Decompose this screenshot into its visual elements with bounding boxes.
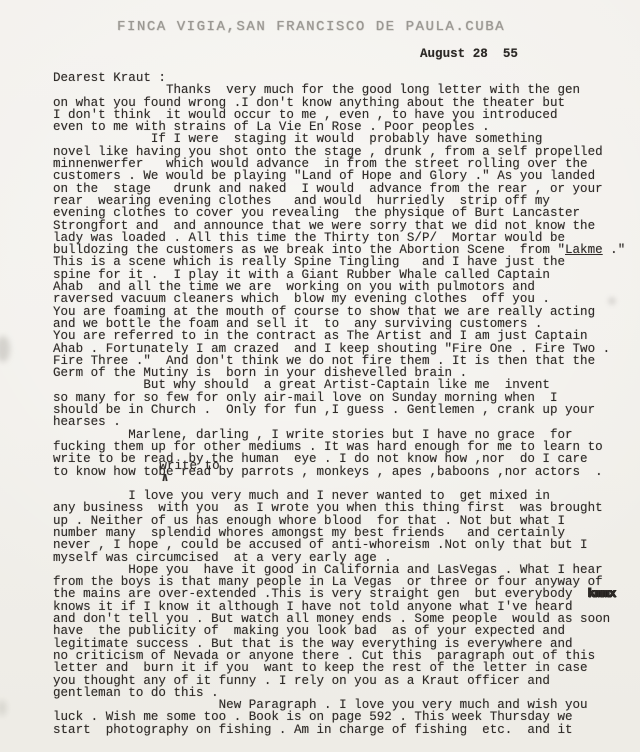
letter-line: luck . Wish me some too . Book is on pag… xyxy=(53,711,628,723)
text-segment: be read by parrots , monkeys , apes ,bab… xyxy=(158,465,602,479)
letter-line: evening clothes to cover you revealing t… xyxy=(53,207,628,219)
letter-line: Thanks very much for the good long lette… xyxy=(53,84,628,96)
text-segment: to know how to xyxy=(53,465,158,479)
letter-line: customers . We would be playing "Land of… xyxy=(53,170,628,182)
scan-smudge xyxy=(0,700,7,716)
scan-smudge xyxy=(0,336,10,362)
letter-line: raversed vacuum cleaners which blow my e… xyxy=(53,293,628,305)
struck-word: kmmx xyxy=(588,587,616,601)
letter-line: should be in Church . Only for fun ,I gu… xyxy=(53,404,628,416)
letter-line: to know how towrite to∧be read by parrot… xyxy=(53,466,628,478)
letter-line: hearses . xyxy=(53,416,628,428)
letter-line: But why should a great Artist-Captain li… xyxy=(53,379,628,391)
letter-line: the mains are over-extended .This is ver… xyxy=(53,588,628,600)
letter-line: This is a scene which is really Spine Ti… xyxy=(53,256,628,268)
letter-line: have the publicity of making you look ba… xyxy=(53,625,628,637)
letter-line: You are referred to in the contract as T… xyxy=(53,330,628,342)
letter-line: Ahab . Fortunately I am crazed and I kee… xyxy=(53,343,628,355)
letter-line: start photography on fishing . Am in cha… xyxy=(53,724,628,736)
text-segment: ." xyxy=(603,243,626,257)
letter-line: If I were staging it would probably have… xyxy=(53,133,628,145)
underlined-title: Lakme xyxy=(565,243,603,257)
letter-line: never , I hope , could be accused of ant… xyxy=(53,539,628,551)
date-line: August 28 55 xyxy=(420,47,518,61)
letter-body: Dearest Kraut : Thanks very much for the… xyxy=(53,72,628,736)
letter-line: letter and burn it if you want to keep t… xyxy=(53,662,628,674)
letter-line: you thought any of it funny . I rely on … xyxy=(53,675,628,687)
letter-page: FINCA VIGIA,SAN FRANCISCO DE PAULA.CUBA … xyxy=(0,0,640,752)
letter-line: Strongfort and and announce that we were… xyxy=(53,220,628,232)
letter-line: any business with you as I wrote you whe… xyxy=(53,502,628,514)
letterhead-stamp: FINCA VIGIA,SAN FRANCISCO DE PAULA.CUBA xyxy=(117,19,505,35)
